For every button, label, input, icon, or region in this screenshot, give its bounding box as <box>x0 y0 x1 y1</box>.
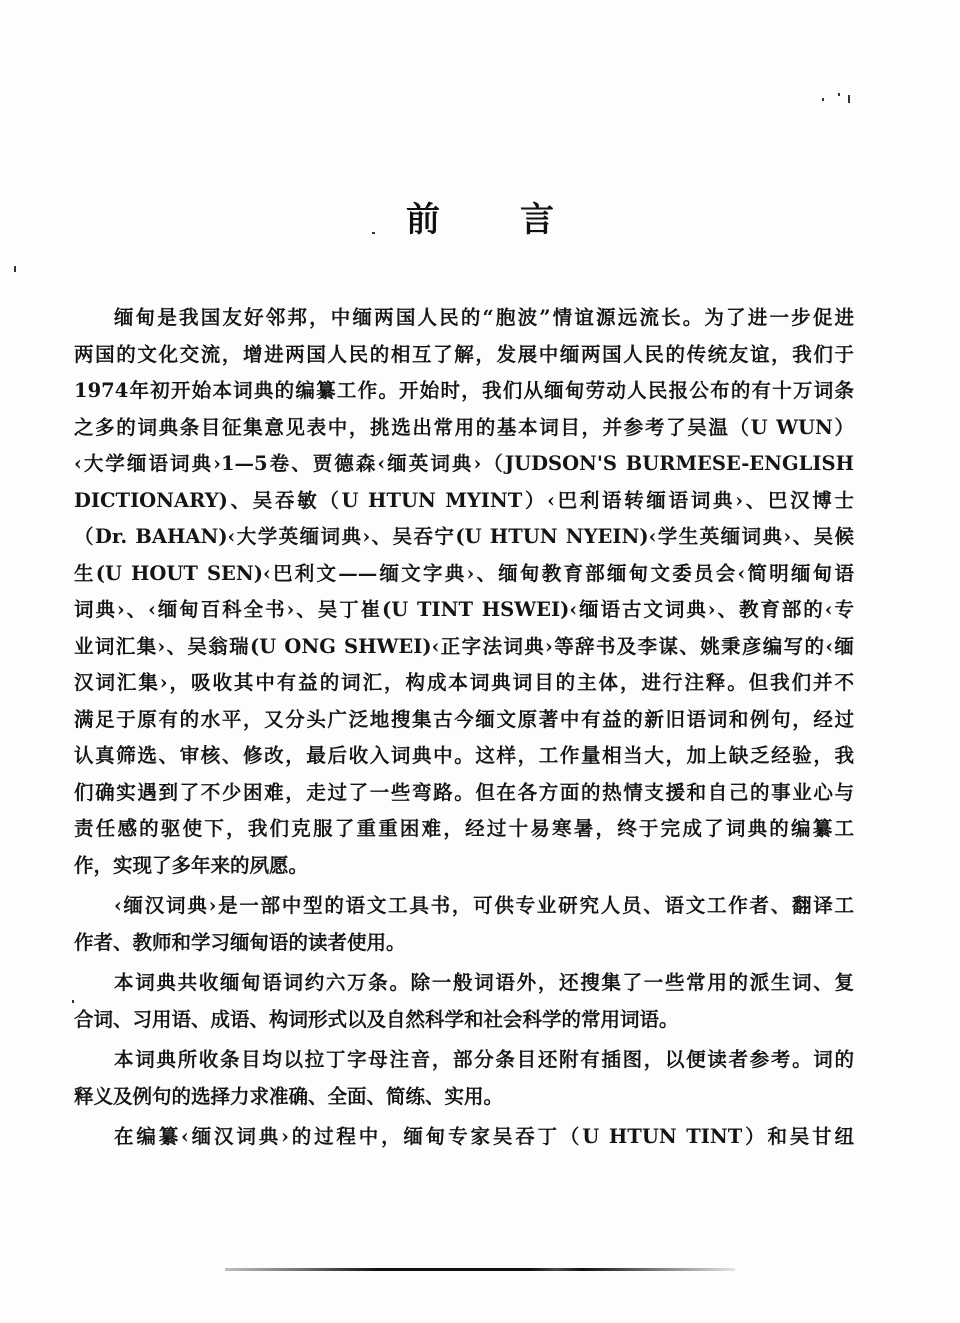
text-line: 词典›、‹缅甸百科全书›、吴丁崔(U TINT HSWEI)‹缅语古文词典›、教… <box>74 592 854 629</box>
text-line: 满足于原有的水平，又分头广泛地搜集古今缅文原著中有益的新旧语词和例句，经过 <box>74 702 854 739</box>
text-line: 作，实现了多年来的夙愿。 <box>74 848 854 885</box>
scan-speck <box>72 1000 74 1003</box>
text-line: 两国的文化交流，增进两国人民的相互了解，发展中缅两国人民的传统友谊，我们于 <box>74 337 854 374</box>
scan-speck <box>838 93 840 96</box>
paragraph-2: ‹缅汉词典›是一部中型的语文工具书，可供专业研究人员、语文工作者、翻译工 作者、… <box>74 888 854 961</box>
text-line: ‹缅汉词典›是一部中型的语文工具书，可供专业研究人员、语文工作者、翻译工 <box>74 888 854 925</box>
page-title-char-1: 前 <box>406 192 440 241</box>
text-line: 本词典所收条目均以拉丁字母注音，部分条目还附有插图，以便读者参考。词的 <box>74 1042 854 1079</box>
text-line: DICTIONARY)、吴吞敏（U HTUN MYINT）‹巴利语转缅语词典›、… <box>74 483 854 520</box>
text-line: （Dr. BAHAN)‹大学英缅词典›、吴吞宁(U HTUN NYEIN)‹学生… <box>74 519 854 556</box>
paragraph-3: 本词典共收缅甸语词约六万条。除一般词语外，还搜集了一些常用的派生词、复 合词、习… <box>74 965 854 1038</box>
text-line: 认真筛选、审核、修改，最后收入词典中。这样，工作量相当大，加上缺乏经验，我 <box>74 738 854 775</box>
text-line: 生(U HOUT SEN)‹巴利文——缅文字典›、缅甸教育部缅甸文委员会‹简明缅… <box>74 556 854 593</box>
scanned-page: 前言 缅甸是我国友好邻邦，中缅两国人民的“胞波”情谊源远流长。为了进一步促进 两… <box>0 0 960 1323</box>
text-line: 释义及例句的选择力求准确、全面、简练、实用。 <box>74 1079 854 1116</box>
text-line: 们确实遇到了不少困难，走过了一些弯路。但在各方面的热情支援和自己的事业心与 <box>74 775 854 812</box>
text-line: 1974年初开始本词典的编纂工作。开始时，我们从缅甸劳动人民报公布的有十万词条 <box>74 373 854 410</box>
paragraph-4: 本词典所收条目均以拉丁字母注音，部分条目还附有插图，以便读者参考。词的 释义及例… <box>74 1042 854 1115</box>
text-line: 作者、教师和学习缅甸语的读者使用。 <box>74 925 854 962</box>
page-title-char-2: 言 <box>520 192 554 241</box>
text-line: 缅甸是我国友好邻邦，中缅两国人民的“胞波”情谊源远流长。为了进一步促进 <box>74 300 854 337</box>
bottom-rule-divider <box>225 1268 735 1271</box>
text-line: 业词汇集›、吴翁瑞(U ONG SHWEI)‹正字法词典›等辞书及李谋、姚秉彦编… <box>74 629 854 666</box>
text-line: 之多的词典条目征集意见表中，挑选出常用的基本词目，并参考了吴温（U WUN） <box>74 410 854 447</box>
text-line: 责任感的驱使下，我们克服了重重困难，经过十易寒暑，终于完成了词典的编纂工 <box>74 811 854 848</box>
page-title: 前言 <box>0 192 960 241</box>
text-line: 在编纂‹缅汉词典›的过程中，缅甸专家吴吞丁（U HTUN TINT）和吴甘纽 <box>74 1119 854 1156</box>
paragraph-5: 在编纂‹缅汉词典›的过程中，缅甸专家吴吞丁（U HTUN TINT）和吴甘纽 <box>74 1119 854 1156</box>
scan-speck <box>372 232 375 234</box>
text-line: ‹大学缅语词典›1—5卷、贾德森‹缅英词典›（JUDSON'S BURMESE-… <box>74 446 854 483</box>
text-line: 汉词汇集›，吸收其中有益的词汇，构成本词典词目的主体，进行注释。但我们并不 <box>74 665 854 702</box>
text-line: 本词典共收缅甸语词约六万条。除一般词语外，还搜集了一些常用的派生词、复 <box>74 965 854 1002</box>
scan-speck <box>14 266 16 272</box>
scan-speck <box>848 95 850 103</box>
paragraph-1: 缅甸是我国友好邻邦，中缅两国人民的“胞波”情谊源远流长。为了进一步促进 两国的文… <box>74 300 854 884</box>
text-line: 合词、习用语、成语、构词形式以及自然科学和社会科学的常用词语。 <box>74 1002 854 1039</box>
preface-body: 缅甸是我国友好邻邦，中缅两国人民的“胞波”情谊源远流长。为了进一步促进 两国的文… <box>74 300 854 1156</box>
scan-speck <box>822 98 824 101</box>
